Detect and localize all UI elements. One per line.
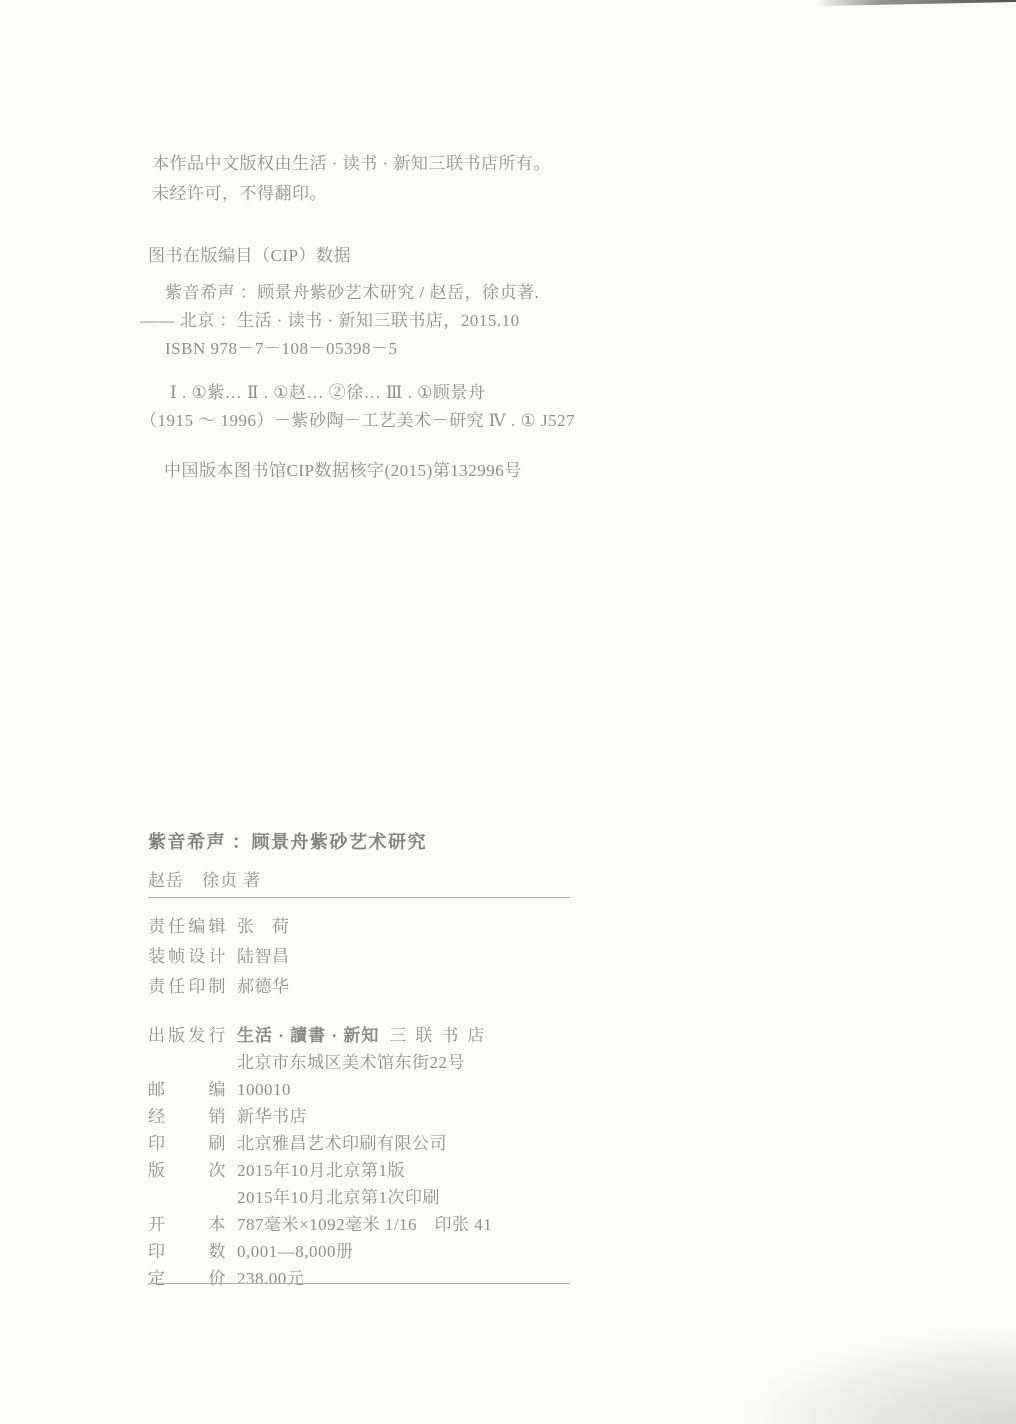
copyright-notice-line2: 未经许可，不得翻印。 [152,179,551,209]
colophon-row-edition: 版次 2015年10月北京第1版 [148,1157,588,1184]
row-value: 张 荷 [237,912,290,942]
row-value: 新华书店 [237,1103,307,1130]
cip-record: 紫音希声 ：顾景舟紫砂艺术研究 / 赵岳，徐贞著. —— 北京 ：生活 · 读书… [140,279,539,363]
book-authors: 赵岳 徐贞 著 [148,866,427,891]
cip-registry-number: 中国版本图书馆CIP数据核字(2015)第132996号 [164,456,522,481]
cip-class-line1: Ⅰ . ①紫… Ⅱ . ①赵… ②徐… Ⅲ . ①顾景舟 [170,379,575,407]
row-label: 邮编 [148,1076,226,1103]
row-label-empty [148,1049,226,1076]
row-label: 出版发行 [148,1022,226,1049]
colophon-row-print-supervisor: 责任印制 郝德华 [148,972,588,1002]
row-label-empty [148,1184,226,1211]
colophon-row-distributor: 经销 新华书店 [148,1103,588,1130]
scan-shadow [596,1304,1016,1424]
row-label: 责任编辑 [148,912,226,942]
copyright-notice-line1: 本作品中文版权由生活 · 读书 · 新知三联书店所有。 [152,149,551,179]
colophon-row-publisher-address: 北京市东城区美术馆东街22号 [148,1049,588,1076]
row-label: 印刷 [148,1130,226,1157]
colophon-row-editor: 责任编辑 张 荷 [148,912,588,942]
row-label: 定价 [148,1265,226,1292]
row-value: 787毫米×1092毫米 1/16 印张 41 [237,1211,492,1238]
cip-classification: Ⅰ . ①紫… Ⅱ . ①赵… ②徐… Ⅲ . ①顾景舟 （1915 ～ 199… [140,379,575,435]
divider-top [148,897,570,898]
colophon-row-edition-printing: 2015年10月北京第1次印刷 [148,1184,588,1211]
cip-heading: 图书在版编目（CIP）数据 [148,241,351,266]
publisher-value: 生活 · 讀書 · 新知三联书店 [237,1022,493,1049]
scan-edge-artifact [814,0,1016,6]
row-label: 印数 [148,1238,226,1265]
colophon-row-publisher: 出版发行 生活 · 讀書 · 新知三联书店 [148,1022,588,1049]
colophon: 责任编辑 张 荷 装帧设计 陆智昌 责任印制 郝德华 出版发行 生活 · 讀書 … [148,912,588,1292]
copyright-page: 本作品中文版权由生活 · 读书 · 新知三联书店所有。 未经许可，不得翻印。 图… [0,0,1016,1424]
publisher-logo-text: 生活 · 讀書 · 新知 [237,1026,379,1045]
row-value: 北京雅昌艺术印刷有限公司 [237,1130,447,1157]
colophon-row-format: 开本 787毫米×1092毫米 1/16 印张 41 [148,1211,588,1238]
cip-record-isbn: ISBN 978－7－108－05398－5 [165,335,539,363]
book-title: 紫音希声 ：顾景舟紫砂艺术研究 [148,828,427,854]
row-value: 2015年10月北京第1版 [237,1157,405,1184]
row-label: 装帧设计 [148,942,226,972]
row-value: 238.00元 [237,1265,304,1292]
cip-class-line2: （1915 ～ 1996）－紫砂陶－工艺美术－研究 Ⅳ . ① J527 [140,407,575,435]
colophon-row-postcode: 邮编 100010 [148,1076,588,1103]
row-value: 0,001—8,000册 [237,1238,354,1265]
colophon-row-designer: 装帧设计 陆智昌 [148,942,588,972]
row-value: 陆智昌 [237,942,290,972]
row-label: 责任印制 [148,972,226,1002]
colophon-gap [148,1002,588,1022]
row-label: 版次 [148,1157,226,1184]
copyright-notice: 本作品中文版权由生活 · 读书 · 新知三联书店所有。 未经许可，不得翻印。 [152,149,551,209]
divider-bottom [148,1283,570,1284]
cip-record-publisher: —— 北京 ：生活 · 读书 · 新知三联书店，2015.10 [140,307,539,335]
row-label: 开本 [148,1211,226,1238]
colophon-row-printer: 印刷 北京雅昌艺术印刷有限公司 [148,1130,588,1157]
row-label: 经销 [148,1103,226,1130]
cip-record-title: 紫音希声 ：顾景舟紫砂艺术研究 / 赵岳，徐贞著. [165,279,539,307]
row-value: 100010 [237,1076,291,1103]
publisher-address: 北京市东城区美术馆东街22号 [237,1049,465,1076]
title-block: 紫音希声 ：顾景舟紫砂艺术研究 赵岳 徐贞 著 [148,828,427,891]
publisher-name: 三联书店 [389,1026,493,1045]
row-value: 2015年10月北京第1次印刷 [237,1184,440,1211]
colophon-row-price: 定价 238.00元 [148,1265,588,1292]
row-value: 郝德华 [237,972,290,1002]
colophon-row-print-run: 印数 0,001—8,000册 [148,1238,588,1265]
